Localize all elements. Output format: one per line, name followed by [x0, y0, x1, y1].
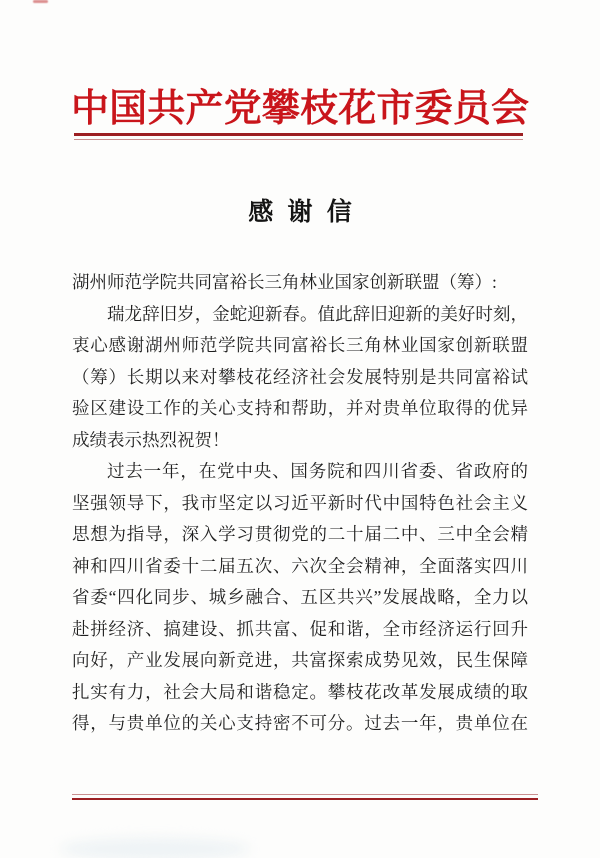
letter-line: 神和四川省委十二届五次、六次全会精神，全面落实四川 [72, 551, 528, 583]
scan-artifact-bottom [60, 838, 250, 858]
letter-line: 衷心感谢湖州师范学院共同富裕长三角林业国家创新联盟 [72, 330, 528, 362]
letter-line: 瑞龙辞旧岁，金蛇迎新春。值此辞旧迎新的美好时刻， [72, 299, 528, 331]
footer-rule-thick [72, 798, 538, 800]
letter-line: 赴拼经济、搞建设、抓共富、促和谐，全市经济运行回升 [72, 614, 528, 646]
letter-title: 感 谢 信 [0, 196, 600, 230]
scan-artifact-top [33, 0, 48, 3]
letter-line: 向好，产业发展向新竞进，共富探索成势见效，民生保障 [72, 645, 528, 677]
letter-line: 思想为指导，深入学习贯彻党的二十届二中、三中全会精 [72, 519, 528, 551]
letter-body: 湖州师范学院共同富裕长三角林业国家创新联盟（筹）: 瑞龙辞旧岁，金蛇迎新春。值此… [72, 267, 528, 740]
letter-line: 成绩表示热烈祝贺！ [72, 425, 528, 457]
footer-rule-thin [72, 794, 538, 795]
letter-line: 得，与贵单位的关心支持密不可分。过去一年，贵单位在 [72, 708, 528, 740]
letter-line: （筹）长期以来对攀枝花经济社会发展特别是共同富裕试 [72, 362, 528, 394]
letterhead-organization: 中国共产党攀枝花市委员会 [71, 83, 529, 135]
letter-line: 省委“四化同步、城乡融合、五区共兴”发展战略，全力以 [72, 582, 528, 614]
letterhead-rule-thick [74, 133, 523, 136]
letter-line: 扎实有力，社会大局和谐稳定。攀枝花改革发展成绩的取 [72, 677, 528, 709]
letter-line: 验区建设工作的关心支持和帮助，并对贵单位取得的优异 [72, 393, 528, 425]
letter-line: 过去一年，在党中央、国务院和四川省委、省政府的 [72, 456, 528, 488]
letterhead-rule-thin [74, 139, 523, 140]
letter-page: 中国共产党攀枝花市委员会 感 谢 信 湖州师范学院共同富裕长三角林业国家创新联盟… [0, 0, 600, 858]
letter-line: 坚强领导下，我市坚定以习近平新时代中国特色社会主义 [72, 488, 528, 520]
letter-salutation: 湖州师范学院共同富裕长三角林业国家创新联盟（筹）: [72, 267, 528, 299]
